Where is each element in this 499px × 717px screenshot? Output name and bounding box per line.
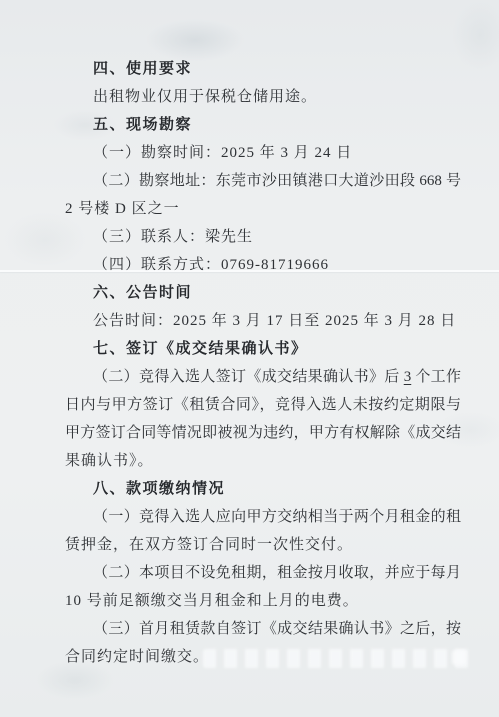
text-segment: 甲方签订合同等情况即被视为违约，甲方有权解除《成交结: [65, 425, 461, 441]
text-segment: （二）本项目不设免租期，租金按月收取，并应于每月: [93, 565, 461, 581]
text-segment: 个工作: [411, 369, 461, 385]
text-segment: （二）勘察地址：东莞市沙田镇港口大道沙田段 668 号: [93, 173, 461, 189]
text-segment: 公告时间：2025 年 3 月 17 日至 2025 年 3 月 28 日: [93, 313, 456, 329]
doc-line: 甲方签订合同等情况即被视为违约，甲方有权解除《成交结: [65, 419, 461, 447]
text-segment: 七、签订《成交结果确认书》: [93, 340, 308, 357]
text-segment: （三）首月租赁款自签订《成交结果确认书》之后，按: [93, 621, 461, 637]
section-heading: 四、使用要求: [65, 55, 461, 83]
text-segment: 六、公告时间: [93, 284, 192, 301]
scanned-document-page: { "page": { "background_color": "#e9eced…: [0, 0, 499, 717]
bleed-through-ghost-text: [203, 649, 469, 668]
text-segment: （二）竞得入选人签订《成交结果确认书》后: [93, 369, 404, 385]
page-background: 四、使用要求出租物业仅用于保税仓储用途。五、现场勘察（一）勘察时间：2025 年…: [0, 0, 499, 717]
text-segment: 合同约定时间缴交。: [65, 649, 209, 665]
doc-line: （三）联系人：梁先生: [65, 223, 461, 251]
doc-line: 日内与甲方签订《租赁合同》，竞得入选人未按约定期限与: [65, 391, 461, 419]
doc-line: 2 号楼 D 区之一: [65, 195, 461, 223]
text-segment: 四、使用要求: [93, 60, 192, 77]
section-heading: 五、现场勘察: [65, 111, 461, 139]
doc-line: （二）勘察地址：东莞市沙田镇港口大道沙田段 668 号: [65, 167, 461, 195]
text-segment: （一）勘察时间：2025 年 3 月 24 日: [93, 145, 352, 161]
text-segment: （一）竞得入选人应向甲方交纳相当于两个月租金的租: [93, 509, 461, 525]
text-segment: 出租物业仅用于保税仓储用途。: [93, 89, 317, 105]
scan-fold-line: [0, 270, 499, 272]
doc-line: （一）竞得入选人应向甲方交纳相当于两个月租金的租: [65, 503, 461, 531]
doc-line: 出租物业仅用于保税仓储用途。: [65, 83, 461, 111]
text-segment: 10 号前足额缴交当月租金和上月的电费。: [65, 593, 359, 609]
doc-line: （三）首月租赁款自签订《成交结果确认书》之后，按: [65, 615, 461, 643]
doc-line: 公告时间：2025 年 3 月 17 日至 2025 年 3 月 28 日: [65, 307, 461, 335]
document-body: 四、使用要求出租物业仅用于保税仓储用途。五、现场勘察（一）勘察时间：2025 年…: [65, 55, 461, 671]
doc-line: （四）联系方式：0769-81719666: [65, 251, 461, 279]
text-segment: 八、款项缴纳情况: [93, 480, 225, 497]
section-heading: 六、公告时间: [65, 279, 461, 307]
doc-line: （一）勘察时间：2025 年 3 月 24 日: [65, 139, 461, 167]
text-segment: （三）联系人：梁先生: [93, 229, 253, 245]
section-heading: 八、款项缴纳情况: [65, 475, 461, 503]
section-heading: 七、签订《成交结果确认书》: [65, 335, 461, 363]
doc-line: 赁押金，在双方签订合同时一次性交付。: [65, 531, 461, 559]
doc-line: （二）竞得入选人签订《成交结果确认书》后 3 个工作: [65, 363, 461, 391]
text-segment: 2 号楼 D 区之一: [65, 201, 180, 217]
doc-line: 果确认书》。: [65, 447, 461, 475]
doc-line: （二）本项目不设免租期，租金按月收取，并应于每月: [65, 559, 461, 587]
doc-line: 10 号前足额缴交当月租金和上月的电费。: [65, 587, 461, 615]
text-segment: 五、现场勘察: [93, 116, 192, 133]
text-segment: 果确认书》。: [65, 453, 154, 469]
text-segment: 赁押金，在双方签订合同时一次性交付。: [65, 537, 353, 553]
text-segment: 日内与甲方签订《租赁合同》，竞得入选人未按约定期限与: [65, 397, 461, 413]
bleed-through-ghost-mark: [452, 650, 466, 665]
